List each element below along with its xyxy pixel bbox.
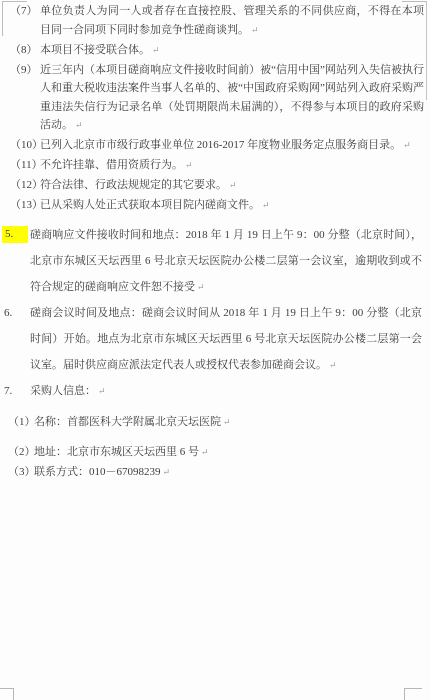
list-item-text: 已从采购人处正式获取本项目院内磋商文件。	[40, 199, 260, 211]
paragraph-mark-icon: ↵	[329, 360, 337, 370]
list-item: （10）已列入北京市市级行政事业单位 2016-2017 年度物业服务定点服务商…	[0, 136, 424, 155]
paragraph-mark-icon: ↵	[201, 447, 209, 457]
section-text: 磋商会议时间及地点：磋商会议时间从 2018 年 1 月 19 日上午 9：00…	[30, 307, 422, 371]
purchaser-address-line: （2）地址：北京市东城区天坛西里 6 号↵	[0, 442, 422, 462]
list-item-number: （9）	[10, 61, 38, 80]
paragraph-mark-icon: ↵	[75, 120, 83, 130]
list-item-text: 近三年内（本项目磋商响应文件接收时间前）被“信用中国”网站列入失信被执行人和重大…	[40, 64, 424, 132]
list-item-number: （12）	[10, 176, 43, 195]
page-boundary-mark-bottom-left	[0, 688, 14, 700]
paragraph-mark-icon: ↵	[251, 25, 259, 35]
info-item-label: 名称：	[34, 416, 67, 428]
list-item: （11）不允许挂靠、借用资质行为。↵	[0, 156, 424, 175]
list-item-text: 符合法律、行政法规规定的其它要求。	[40, 179, 227, 191]
list-item-text: 本项目不接受联合体。	[40, 44, 150, 56]
page-boundary-mark-bottom-right	[404, 688, 422, 700]
info-item-number: （2）	[8, 442, 36, 462]
paragraph-mark-icon: ↵	[163, 467, 171, 477]
section-number-highlighted: 5.	[2, 226, 28, 243]
paragraph-mark-icon: ↵	[229, 180, 237, 190]
section-number: 7.	[4, 378, 12, 404]
section-7-purchaser-info-heading: 7.采购人信息：↵	[0, 378, 422, 404]
info-item-value: 010－67098239	[89, 466, 161, 478]
list-item-number: （8）	[10, 41, 38, 60]
info-item-number: （3）	[8, 462, 36, 482]
info-item-number: （1）	[8, 412, 36, 432]
list-item-text: 单位负责人为同一人或者存在直接控股、管理关系的不同供应商，不得在本项目同一合同项…	[40, 5, 424, 36]
purchaser-name-line: （1）名称：首都医科大学附属北京天坛医院↵	[0, 412, 422, 432]
paragraph-mark-icon: ↵	[403, 140, 411, 150]
info-item-label: 联系方式：	[34, 466, 89, 478]
list-item-number: （11）	[10, 156, 43, 175]
paragraph-mark-icon: ↵	[152, 45, 160, 55]
info-item-value: 北京市东城区天坛西里 6 号	[67, 446, 199, 458]
paragraph-mark-icon: ↵	[197, 282, 205, 292]
list-item: （8）本项目不接受联合体。↵	[0, 41, 424, 60]
list-item: （9）近三年内（本项目磋商响应文件接收时间前）被“信用中国”网站列入失信被执行人…	[0, 61, 424, 135]
paragraph-mark-icon: ↵	[185, 160, 193, 170]
section-text: 采购人信息：	[30, 385, 96, 397]
purchaser-info-list: （1）名称：首都医科大学附属北京天坛医院↵ （2）地址：北京市东城区天坛西里 6…	[0, 412, 422, 482]
paragraph-mark-icon: ↵	[98, 386, 106, 396]
list-item-number: （13）	[10, 196, 43, 215]
list-item-number: （10）	[10, 136, 43, 155]
section-6-meeting-time-place: 6.磋商会议时间及地点：磋商会议时间从 2018 年 1 月 19 日上午 9：…	[0, 300, 422, 378]
section-number: 6.	[4, 300, 12, 326]
section-text: 磋商响应文件接收时间和地点：2018 年 1 月 19 日上午 9：00 分整（…	[30, 229, 422, 293]
paragraph-mark-icon: ↵	[223, 417, 231, 427]
list-item: （12）符合法律、行政法规规定的其它要求。↵	[0, 176, 424, 195]
list-item: （7）单位负责人为同一人或者存在直接控股、管理关系的不同供应商，不得在本项目同一…	[0, 2, 424, 39]
eligibility-list: （7）单位负责人为同一人或者存在直接控股、管理关系的不同供应商，不得在本项目同一…	[0, 2, 424, 216]
list-item: （13）已从采购人处正式获取本项目院内磋商文件。↵	[0, 196, 424, 215]
purchaser-contact-line: （3）联系方式：010－67098239↵	[0, 462, 422, 482]
list-item-text: 已列入北京市市级行政事业单位 2016-2017 年度物业服务定点服务商目录。	[40, 139, 401, 151]
section-5-response-file-reception: 5.磋商响应文件接收时间和地点：2018 年 1 月 19 日上午 9：00 分…	[0, 222, 422, 300]
info-item-value: 首都医科大学附属北京天坛医院	[67, 416, 221, 428]
list-item-number: （7）	[10, 2, 38, 21]
paragraph-mark-icon: ↵	[262, 200, 270, 210]
document-page: （7）单位负责人为同一人或者存在直接控股、管理关系的不同供应商，不得在本项目同一…	[0, 0, 430, 700]
main-sections: 5.磋商响应文件接收时间和地点：2018 年 1 月 19 日上午 9：00 分…	[0, 222, 422, 404]
info-item-label: 地址：	[34, 446, 67, 458]
list-item-text: 不允许挂靠、借用资质行为。	[40, 159, 183, 171]
